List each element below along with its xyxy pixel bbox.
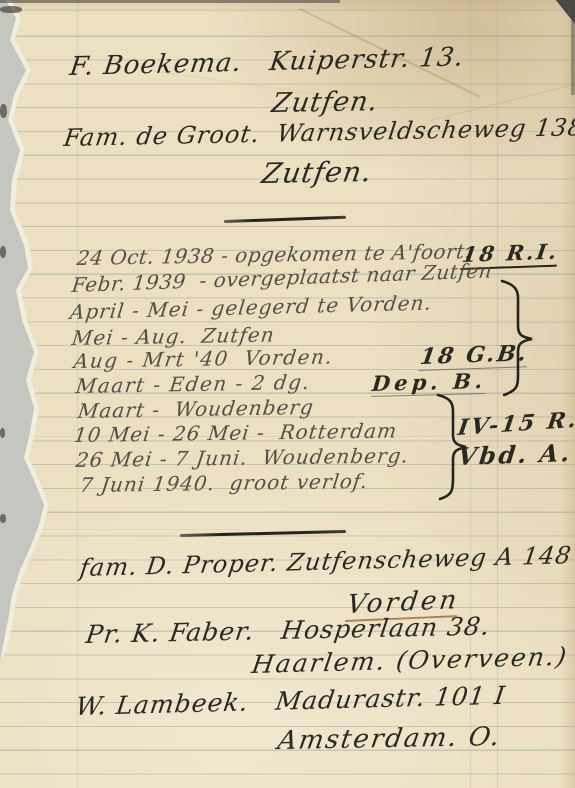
address-line: Fam. de Groot. Warnsveldscheweg 138 — [62, 115, 575, 150]
address-line: F. Boekema. Kuiperstr. 13. — [68, 44, 466, 80]
address-line: Pr. K. Faber. Hosperlaan 38. — [84, 614, 492, 647]
record-entry: Maart - Woudenberg — [77, 397, 315, 421]
address-line: fam. D. Proper. Zutfenscheweg A 148 — [78, 543, 573, 580]
scanned-handwritten-letter: F. Boekema. Kuiperstr. 13. Zutfen. Fam. … — [0, 0, 575, 788]
grouping-brace — [498, 278, 538, 398]
address-city: Haarlem. (Overveen.) — [250, 644, 570, 677]
address-city: Zutfen. — [270, 88, 381, 117]
scan-edge-mark — [0, 104, 7, 118]
unit-label: IV-15 R.I. — [456, 407, 575, 439]
scan-top-edge — [0, 0, 340, 3]
scan-edge-mark — [0, 514, 6, 523]
record-entry: 10 Mei - 26 Mei - Rotterdam — [73, 420, 399, 445]
scan-corner-shadow — [540, 0, 575, 24]
scan-right-edge — [571, 0, 575, 95]
unit-label: Vbd. A. — [457, 441, 573, 469]
address-city: Zutfen. — [260, 158, 374, 188]
scan-edge-mark — [0, 428, 5, 438]
scan-edge-mark — [0, 6, 22, 13]
record-entry: Mei - Aug. Zutfen — [71, 324, 276, 348]
scan-edge-mark — [0, 246, 6, 258]
record-entry: Maart - Eden - 2 dg. — [75, 372, 312, 396]
record-entry: 26 Mei - 7 Juni. Woudenberg. — [75, 445, 410, 470]
record-entry: Aug - Mrt '40 Vorden. — [73, 346, 335, 371]
address-city: Amsterdam. O. — [276, 724, 503, 754]
address-line: W. Lambeek. Madurastr. 101 I — [74, 683, 507, 719]
section-divider-stroke — [224, 216, 346, 223]
record-entry: 7 Juni 1940. groot verlof. — [79, 471, 370, 495]
record-entry: April - Mei - gelegerd te Vorden. — [69, 293, 433, 322]
